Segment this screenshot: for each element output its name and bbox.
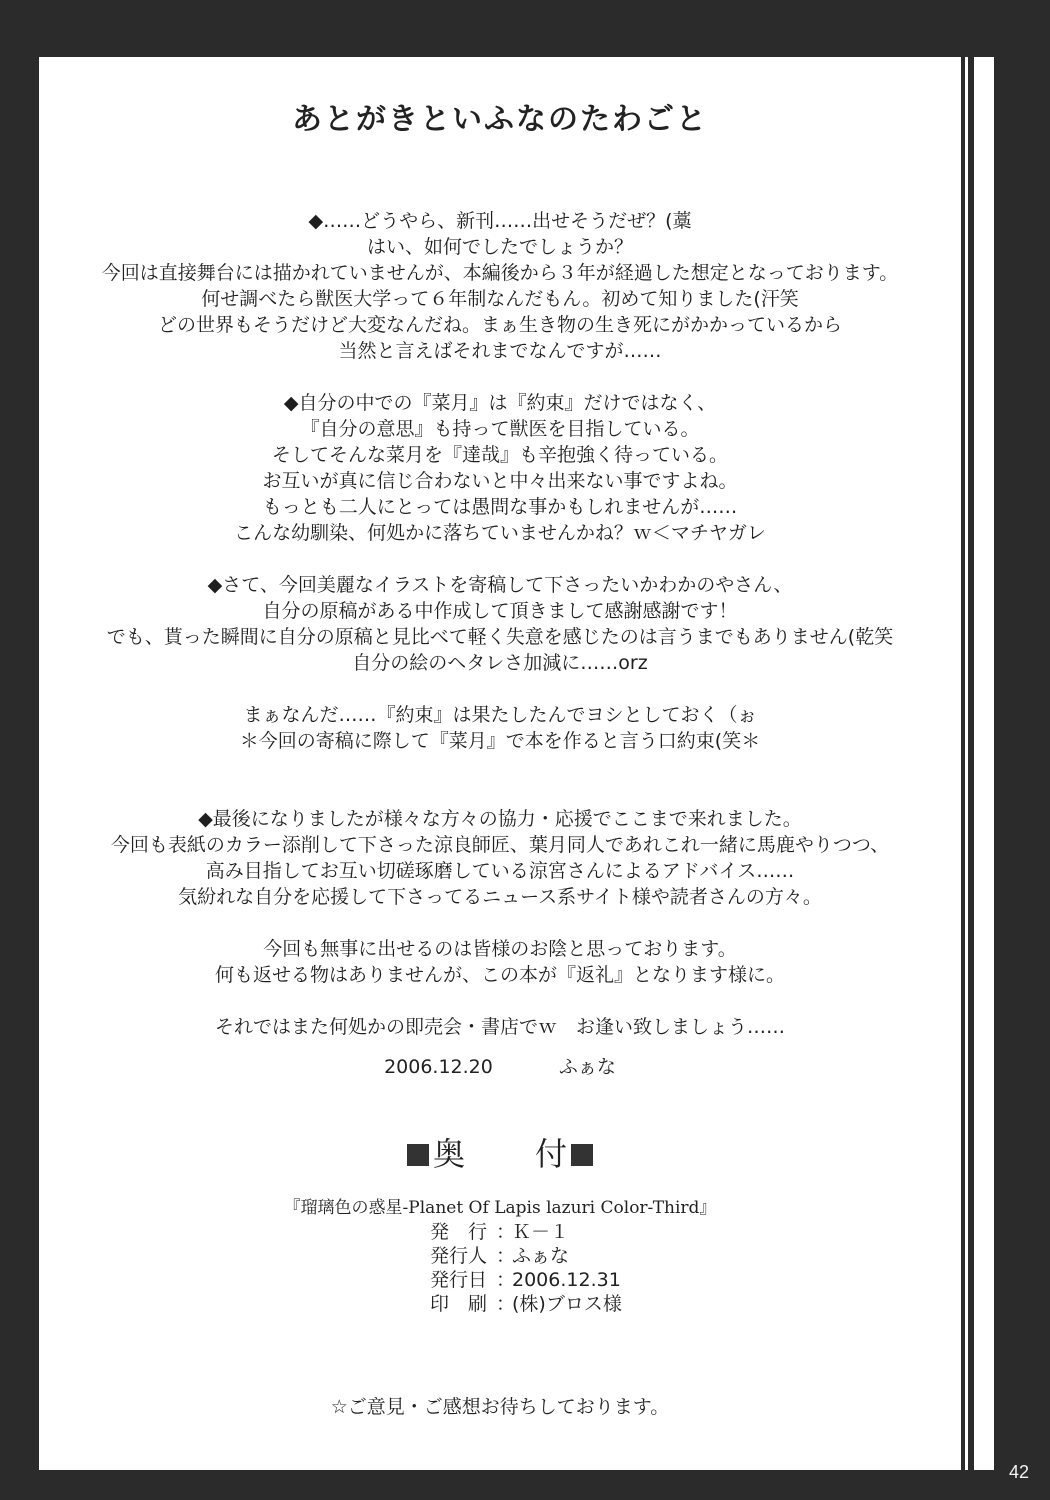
paragraph-3: ◆さて、今回美麗なイラストを寄稿して下さったいかわかのやさん、 自分の原稿がある… [39, 572, 961, 676]
text-line: 自分の原稿がある中作成して頂きまして感謝感謝です！ [39, 598, 961, 624]
colophon-book-title: 『瑠璃色の惑星-Planet Of Lapis lazuri Color-Thi… [39, 1196, 961, 1220]
text-line: 気紛れな自分を応援して下さってるニュース系サイト様や読者さんの方々。 [39, 884, 961, 910]
text-line: もっとも二人にとっては愚問な事かもしれませんが…… [39, 494, 961, 520]
text-line: はい、如何でしたでしょうか？ [39, 234, 961, 260]
signature: 2006.12.20 ふぁな [39, 1054, 961, 1080]
paragraph-4: まぁなんだ……『約束』は果たしたんでヨシとしておく（ぉ ＊今回の寄稿に際して『菜… [39, 702, 961, 754]
text-line: ◆……どうやら、新刊……出せそうだぜ？(藁 [39, 208, 961, 234]
paragraph-7: それではまた何処かの即売会・書店でｗ お逢い致しましょう…… [39, 1014, 961, 1040]
colophon-value: 2006.12.31 [512, 1269, 621, 1291]
text-line: 自分の絵のヘタレさ加減に……orz [39, 650, 961, 676]
page-number: 42 [1009, 1462, 1029, 1483]
text-line: ＊今回の寄稿に際して『菜月』で本を作ると言う口約束(笑＊ [39, 728, 961, 754]
text-line: ◆さて、今回美麗なイラストを寄稿して下さったいかわかのやさん、 [39, 572, 961, 598]
footer-note: ☆ご意見・ご感想お待ちしております。 [39, 1394, 961, 1420]
colophon-row-issue-date: 発行日：2006.12.31 [430, 1268, 622, 1292]
text-line: 『自分の意思』も持って獣医を目指している。 [39, 416, 961, 442]
colophon-value: ふぁな [512, 1245, 569, 1267]
paragraph-6: 今回も無事に出せるのは皆様のお陰と思っております。 何も返せる物はありませんが、… [39, 936, 961, 988]
colophon-separator: ： [496, 1268, 512, 1292]
colophon-row-printer: 印 刷：(株)ブロス様 [430, 1292, 622, 1316]
colophon-row-publisher: 発 行：Ｋ－１ [430, 1220, 622, 1244]
colophon-separator: ： [496, 1244, 512, 1268]
text-line: まぁなんだ……『約束』は果たしたんでヨシとしておく（ぉ [39, 702, 961, 728]
colophon-key: 発 行 [430, 1220, 496, 1244]
margin-rule-inner [961, 57, 965, 1470]
colophon-key: 発行日 [430, 1268, 496, 1292]
colophon-heading-right: 付 [535, 1135, 567, 1173]
colophon-separator: ： [496, 1220, 512, 1244]
black-square-icon [407, 1144, 429, 1166]
margin-rule-outer [968, 57, 974, 1470]
text-line: どの世界もそうだけど大変なんだね。まぁ生き物の生き死にがかかっているから [39, 312, 961, 338]
colophon-heading: 奥付 [39, 1134, 961, 1174]
text-line: 今回も無事に出せるのは皆様のお陰と思っております。 [39, 936, 961, 962]
colophon-separator: ： [496, 1292, 512, 1316]
text-line: お互いが真に信じ合わないと中々出来ない事ですよね。 [39, 468, 961, 494]
paragraph-1: ◆……どうやら、新刊……出せそうだぜ？(藁 はい、如何でしたでしょうか？ 今回は… [39, 208, 961, 364]
paragraph-2: ◆自分の中での『菜月』は『約束』だけではなく、 『自分の意思』も持って獣医を目指… [39, 390, 961, 546]
colophon-row-issuer: 発行人：ふぁな [430, 1244, 622, 1268]
afterword-body: ◆……どうやら、新刊……出せそうだぜ？(藁 はい、如何でしたでしょうか？ 今回は… [39, 208, 961, 1040]
paragraph-5: ◆最後になりましたが様々な方々の協力・応援でここまで来れました。 今回も表紙のカ… [39, 806, 961, 910]
colophon-value: (株)ブロス様 [512, 1293, 622, 1315]
text-line: 当然と言えばそれまでなんですが…… [39, 338, 961, 364]
colophon-heading-left: 奥 [433, 1135, 465, 1173]
text-line: ◆最後になりましたが様々な方々の協力・応援でここまで来れました。 [39, 806, 961, 832]
colophon-key: 印 刷 [430, 1292, 496, 1316]
black-square-icon [571, 1144, 593, 1166]
colophon-value: Ｋ－１ [512, 1221, 569, 1243]
page-title: あとがきといふなのたわごと [39, 100, 961, 140]
text-line: こんな幼馴染、何処かに落ちていませんかね？ｗ＜マチヤガレ [39, 520, 961, 546]
signature-author: ふぁな [559, 1054, 616, 1080]
signature-date: 2006.12.20 [384, 1054, 493, 1080]
text-line: でも、貰った瞬間に自分の原稿と見比べて軽く失意を感じたのは言うまでもありません(… [39, 624, 961, 650]
text-line: 何せ調べたら獣医大学って６年制なんだもん。初めて知りました(汗笑 [39, 286, 961, 312]
colophon-key: 発行人 [430, 1244, 496, 1268]
text-line: 今回は直接舞台には描かれていませんが、本編後から３年が経過した想定となっておりま… [39, 260, 961, 286]
colophon-details: 発 行：Ｋ－１ 発行人：ふぁな 発行日：2006.12.31 印 刷：(株)ブロ… [430, 1220, 622, 1316]
text-line: 今回も表紙のカラー添削して下さった涼良師匠、葉月同人であれこれ一緒に馬鹿やりつつ… [39, 832, 961, 858]
text-line: ◆自分の中での『菜月』は『約束』だけではなく、 [39, 390, 961, 416]
text-line: 何も返せる物はありませんが、この本が『返礼』となります様に。 [39, 962, 961, 988]
text-line: そしてそんな菜月を『達哉』も辛抱強く待っている。 [39, 442, 961, 468]
text-line: それではまた何処かの即売会・書店でｗ お逢い致しましょう…… [39, 1014, 961, 1040]
text-line: 高み目指してお互い切磋琢磨している涼宮さんによるアドバイス…… [39, 858, 961, 884]
